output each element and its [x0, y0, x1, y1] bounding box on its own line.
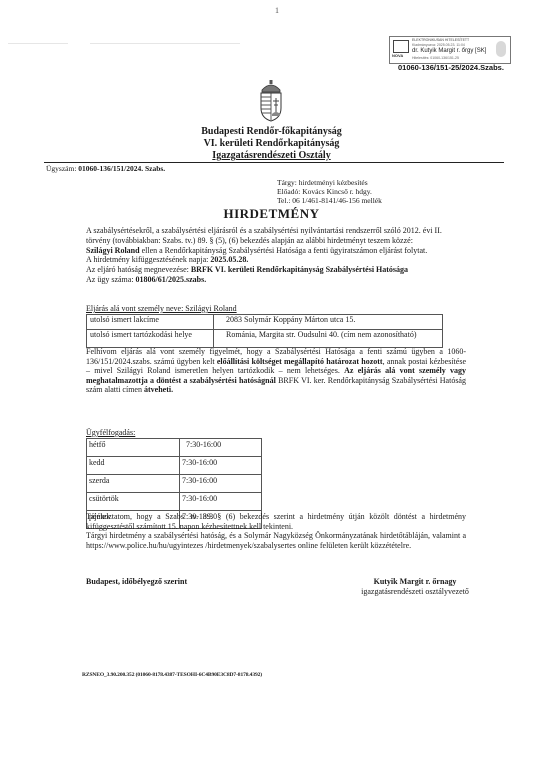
document-footer-id: RZSNEO_3.90.200.352 (01060-8178.4387-TES… [82, 672, 262, 678]
information-paragraph: Tájékoztatom, hogy a Szabs. tv. 89. § (6… [86, 512, 466, 550]
stamp-logo-icon [393, 40, 409, 53]
authority-name: BRFK VI. kerületi Rendőrkapitányság Szab… [191, 265, 408, 274]
case-reference: 01806/61/2025.szabs. [136, 275, 207, 284]
fingerprint-icon [496, 41, 506, 57]
phone-line: Tel.: 06 1/461-8141/46-156 mellék [277, 196, 382, 205]
department-name: Igazgatásrendészeti Osztály [0, 150, 543, 162]
time: 7:30-16:00 [180, 457, 262, 475]
day: hétfő [87, 439, 180, 457]
person-label: Eljárás alá vont személy neve: Szilágyi … [86, 304, 237, 313]
document-title: HIRDETMÉNY [0, 206, 543, 222]
stamp-line: Kiadmányozva: 2025.05.23. 11:04 [412, 43, 465, 47]
stamp-brand: NOVA [392, 53, 403, 58]
subject-line: Tárgy: hirdetményi kézbesítés [277, 178, 382, 187]
officer-line: Előadó: Kovács Kincső r. hdgy. [277, 187, 382, 196]
document-meta: Tárgy: hirdetményi kézbesítés Előadó: Ko… [277, 178, 382, 205]
stamp-reference: 01060-136/151-25/2024.Szabs. [398, 63, 504, 72]
row-value: 2083 Solymár Koppány Márton utca 15. [214, 315, 443, 330]
signature-block: Kutyik Margit r. őrnagy igazgatásrendész… [320, 577, 510, 597]
case-number: Ügyszám: 01060-136/151/2024. Szabs. [46, 164, 165, 173]
row-value: Románia, Margita str. Oudsulni 40. (cím … [214, 330, 443, 348]
office-hours-label: Ügyfélfogadás: [86, 428, 135, 437]
table-row: kedd7:30-16:00 [87, 457, 262, 475]
table-row: utolsó ismert tartózkodási helye Románia… [87, 330, 443, 348]
stamp-line: ELEKTRONIKUSAN HITELESÍTETT [412, 38, 469, 42]
row-key: utolsó ismert tartózkodási helye [87, 330, 214, 348]
district-name: VI. kerületi Rendőrkapitányság [0, 138, 543, 150]
coat-of-arms-icon [257, 80, 285, 122]
person-address-table: utolsó ismert lakcíme 2083 Solymár Koppá… [86, 314, 443, 348]
time: 7:30-16:00 [180, 439, 262, 457]
place-and-date: Budapest, időbélyegző szerint [86, 577, 187, 586]
issuing-authority-header: Budapesti Rendőr-főkapitányság VI. kerül… [0, 126, 543, 162]
header-divider [44, 162, 504, 163]
scan-artifact-line [90, 43, 240, 44]
day: kedd [87, 457, 180, 475]
scan-artifact-line [8, 43, 68, 44]
time: 7:30-16:00 [180, 475, 262, 493]
day: szerda [87, 475, 180, 493]
intro-paragraph: A szabálysértésekről, a szabálysértési e… [86, 226, 466, 285]
table-row: hétfő7:30-16:00 [87, 439, 262, 457]
person-name: Szilágyi Roland [86, 246, 140, 255]
row-key: utolsó ismert lakcíme [87, 315, 214, 330]
page-number: 1 [275, 6, 279, 15]
org-name: Budapesti Rendőr-főkapitányság [0, 126, 543, 138]
table-row: szerda7:30-16:00 [87, 475, 262, 493]
table-row: csütörtök7:30-16:00 [87, 493, 262, 511]
day: csütörtök [87, 493, 180, 511]
stamp-line: Hitelesítés: 01060-136/151-25 [412, 56, 459, 60]
table-row: utolsó ismert lakcíme 2083 Solymár Koppá… [87, 315, 443, 330]
signer-name: Kutyik Margit r. őrnagy [320, 577, 510, 587]
time: 7:30-16:00 [180, 493, 262, 511]
posting-date: 2025.05.28. [210, 255, 248, 264]
notice-paragraph: Felhívom eljárás alá vont személy figyel… [86, 347, 466, 395]
signer-position: igazgatásrendészeti osztályvezető [320, 587, 510, 597]
stamp-signer: dr. Kutyik Margit r. őrgy [SK] [412, 48, 486, 54]
electronic-signature-stamp: NOVA ELEKTRONIKUSAN HITELESÍTETT Kiadmán… [389, 36, 511, 64]
